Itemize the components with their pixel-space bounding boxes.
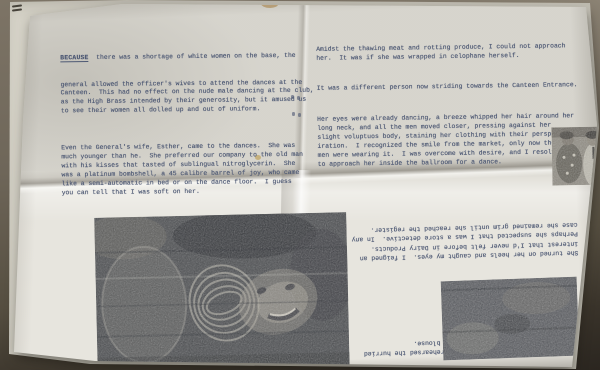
paper-stain <box>261 0 278 8</box>
photo-of-zine-spread: BECAUSE there was a shortage of white wo… <box>0 0 600 370</box>
page-bottom-right-text-upside-down: She turned on her heels and caught my ey… <box>344 220 579 263</box>
paragraph: Her eyes were already dancing, a breeze … <box>317 112 579 169</box>
halftone-photo-woman-neck-rings <box>94 212 350 370</box>
paragraph-line: BECAUSE there was a shortage of white wo… <box>60 51 313 63</box>
paragraph: general allowed the officer's wives to a… <box>61 78 314 116</box>
paper-shadow-wrap: BECAUSE there was a shortage of white wo… <box>0 0 600 370</box>
paragraph: Amidst the thawing meat and rotting prod… <box>316 42 577 63</box>
paragraph: Even the General's wife, Esther, came to… <box>61 142 315 198</box>
zine-open-spread: BECAUSE there was a shortage of white wo… <box>0 0 600 370</box>
lead-word: BECAUSE <box>60 54 88 62</box>
page-top-right-text: Amidst the thawing meat and rotting prod… <box>316 24 579 191</box>
paragraph-line-rest: there was a shortage of white women on t… <box>89 52 296 61</box>
paragraph: It was a different person now striding t… <box>317 82 578 95</box>
halftone-photo-couple <box>551 126 600 185</box>
page-top-left-text: BECAUSE there was a shortage of white wo… <box>60 34 315 216</box>
halftone-photo-dark-upside-down <box>441 277 580 361</box>
